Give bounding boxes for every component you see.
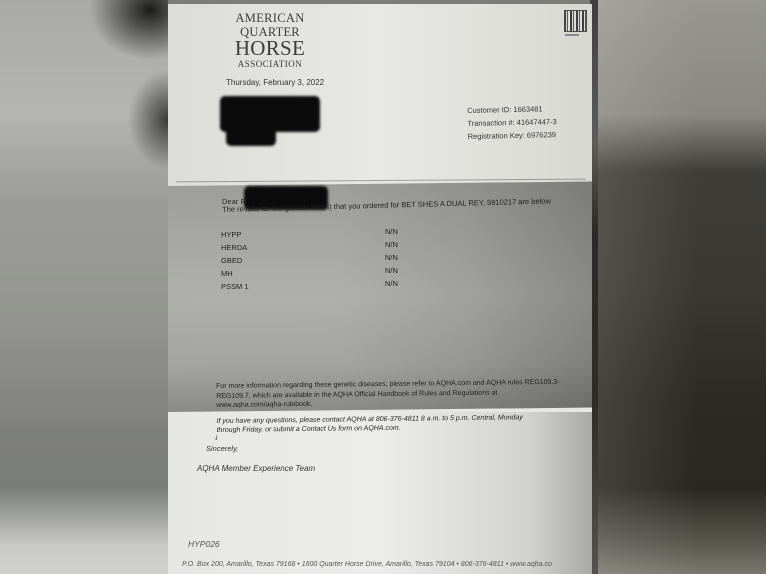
registration-key: Registration Key: 6976239 [468,128,558,143]
account-details: Customer ID: 1663481 Transaction #: 4164… [467,102,557,143]
test-name: GBED [221,256,242,265]
test-name: MH [221,269,233,278]
test-row: GBED N/N [221,256,411,269]
test-result: N/N [385,266,398,275]
closing: Sincerely, [206,444,238,453]
aqha-logo: AMERICAN QUARTER HORSE ASSOCIATION [225,12,315,69]
info-section: For more information regarding these gen… [216,378,567,436]
test-name: HERDA [221,243,247,252]
genetic-test-results: HYPP N/N HERDA N/N GBED N/N MH N/N PSSM … [221,230,411,295]
blurred-background-left [0,0,168,574]
form-code: HYP026 [188,539,220,549]
qr-code-icon [564,10,587,32]
footer-address: P.O. Box 200, Amarillo, Texas 79168 • 16… [182,561,552,568]
blurred-background-right [598,0,766,574]
letter-page: AMERICAN QUARTER HORSE ASSOCIATION Thurs… [168,4,592,574]
test-name: HYPP [221,230,241,239]
test-result: N/N [385,240,398,249]
info-paragraph: For more information regarding these gen… [216,378,566,411]
test-result: N/N [385,227,398,236]
letter-date: Thursday, February 3, 2022 [226,78,324,87]
redacted-address-2 [226,122,276,146]
signature: AQHA Member Experience Team [197,464,315,473]
test-row: MH N/N [221,269,411,282]
test-row: PSSM 1 N/N [221,282,411,295]
test-result: N/N [385,279,398,288]
test-result: N/N [385,253,398,262]
test-name: PSSM 1 [221,282,249,291]
test-row: HERDA N/N [221,243,411,256]
test-row: HYPP N/N [221,230,411,243]
